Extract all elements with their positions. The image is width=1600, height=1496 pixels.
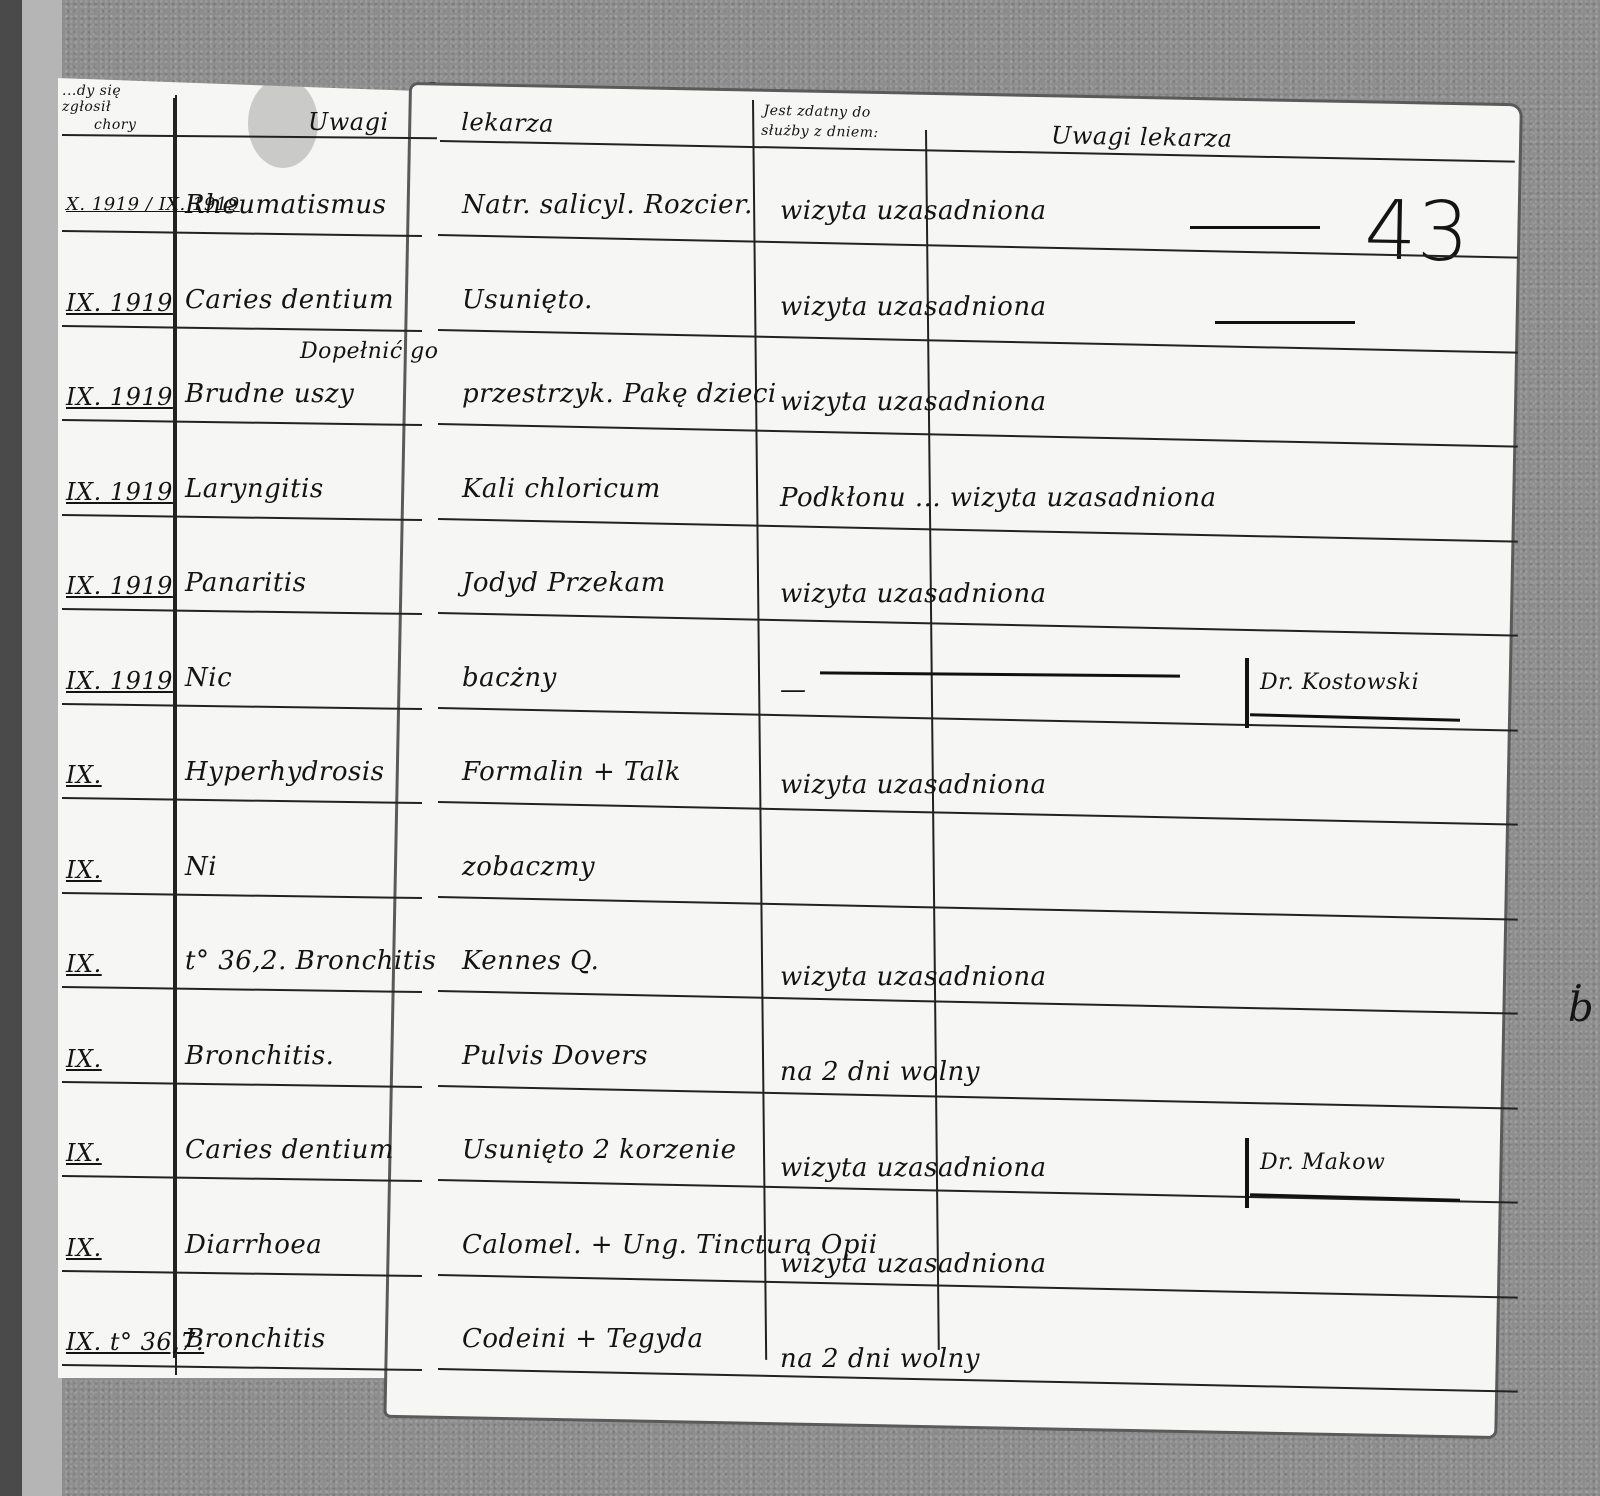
entry-verdict: wizyta uzasadniona <box>780 292 1047 322</box>
entry-diagnosis: Nic <box>185 663 232 693</box>
scanner-edge-light <box>22 0 62 1496</box>
entry-date: IX. 1919 <box>66 572 173 600</box>
entry-verdict: wizyta uzasadniona <box>780 1153 1047 1183</box>
column-divider <box>175 95 177 1375</box>
header-remarks: Uwagi <box>308 108 389 136</box>
dash-mark <box>1190 226 1320 229</box>
entry-diagnosis: Hyperhydrosis <box>185 757 384 787</box>
entry-date: IX. <box>66 856 102 884</box>
entry-verdict: wizyta uzasadniona <box>780 770 1047 800</box>
left-page: ...dy się zgłosił chory Uwagi <box>58 78 418 1378</box>
doctor-signature: Dr. Kostowski <box>1260 670 1419 695</box>
entry-note: Dopełnić go <box>300 339 438 364</box>
entry-diagnosis: Bronchitis. <box>185 1041 334 1071</box>
entry-diagnosis: Brudne uszy <box>185 379 354 409</box>
entry-date: IX. <box>66 1234 102 1262</box>
entry-diagnosis: t° 36,2. Bronchitis <box>185 946 436 976</box>
entry-treatment: Jodyd Przekam <box>462 568 666 598</box>
entry-verdict: wizyta uzasadniona <box>780 1249 1047 1279</box>
doctor-signature: Dr. Makow <box>1260 1150 1385 1175</box>
header-date-line2: zgłosił <box>62 100 111 115</box>
entry-treatment: Formalin + Talk <box>462 757 681 787</box>
header-date-line3: chory <box>94 118 136 133</box>
entry-date: IX. <box>66 950 102 978</box>
entry-treatment: Usunięto. <box>462 285 593 315</box>
entry-diagnosis: Laryngitis <box>185 474 324 504</box>
entry-diagnosis: Diarrhoea <box>185 1230 322 1260</box>
entry-date: IX. <box>66 1045 102 1073</box>
header-duty-line1: Jest zdatny do <box>763 104 871 121</box>
header-duty-line2: służby z dniem: <box>761 124 879 141</box>
entry-verdict: wizyta uzasadniona <box>780 579 1047 609</box>
entry-date: IX. t° 36,7. <box>66 1328 204 1356</box>
entry-diagnosis: Panaritis <box>185 568 306 598</box>
entry-verdict: wizyta uzasadniona <box>780 962 1047 992</box>
entry-date: IX. <box>66 761 102 789</box>
entry-verdict: na 2 dni wolny <box>780 1057 980 1087</box>
entry-treatment: Usunięto 2 korzenie <box>462 1135 737 1165</box>
entry-treatment: przestrzyk. Pakę dzieci <box>462 379 777 409</box>
entry-diagnosis: Ni <box>185 852 217 882</box>
entry-treatment: Codeini + Tegyda <box>462 1324 703 1354</box>
entry-diagnosis: Rheumatismus <box>185 190 386 220</box>
entry-date: IX. <box>66 1139 102 1167</box>
entry-date: IX. 1919 <box>66 667 173 695</box>
header-doctor-remarks: Uwagi lekarza <box>1051 121 1233 152</box>
signature-stroke <box>1245 1138 1249 1208</box>
header-date-line1: ...dy się <box>62 84 121 99</box>
entry-verdict: wizyta uzasadniona <box>780 196 1047 226</box>
entry-date: IX. 1919 <box>66 383 173 411</box>
entry-verdict: Podkłonu ... wizyta uzasadniona <box>780 483 1216 513</box>
entry-treatment: zobaczmy <box>462 852 595 882</box>
entry-treatment: Kali chloricum <box>462 474 661 504</box>
entry-verdict: — <box>780 675 807 705</box>
margin-mark: ḃ <box>1568 985 1594 1031</box>
entry-diagnosis: Caries dentium <box>185 285 394 315</box>
entry-treatment: Natr. salicyl. Rozcier. <box>462 190 753 220</box>
entry-diagnosis: Caries dentium <box>185 1135 394 1165</box>
entry-date: IX. 1919 <box>66 478 173 506</box>
page-number: 43 <box>1363 183 1470 280</box>
header-doctor: lekarza <box>461 108 554 138</box>
entry-date: IX. 1919 <box>66 289 173 317</box>
scanner-edge <box>0 0 22 1496</box>
entry-treatment: Kennes Q. <box>462 946 599 976</box>
entry-treatment: bacżny <box>462 663 557 693</box>
entry-treatment: Pulvis Dovers <box>462 1041 648 1071</box>
dash-mark <box>1215 321 1355 324</box>
entry-diagnosis: Bronchitis <box>185 1324 326 1354</box>
entry-verdict: wizyta uzasadniona <box>780 387 1047 417</box>
signature-stroke <box>1245 658 1249 728</box>
entry-verdict: na 2 dni wolny <box>780 1344 980 1374</box>
